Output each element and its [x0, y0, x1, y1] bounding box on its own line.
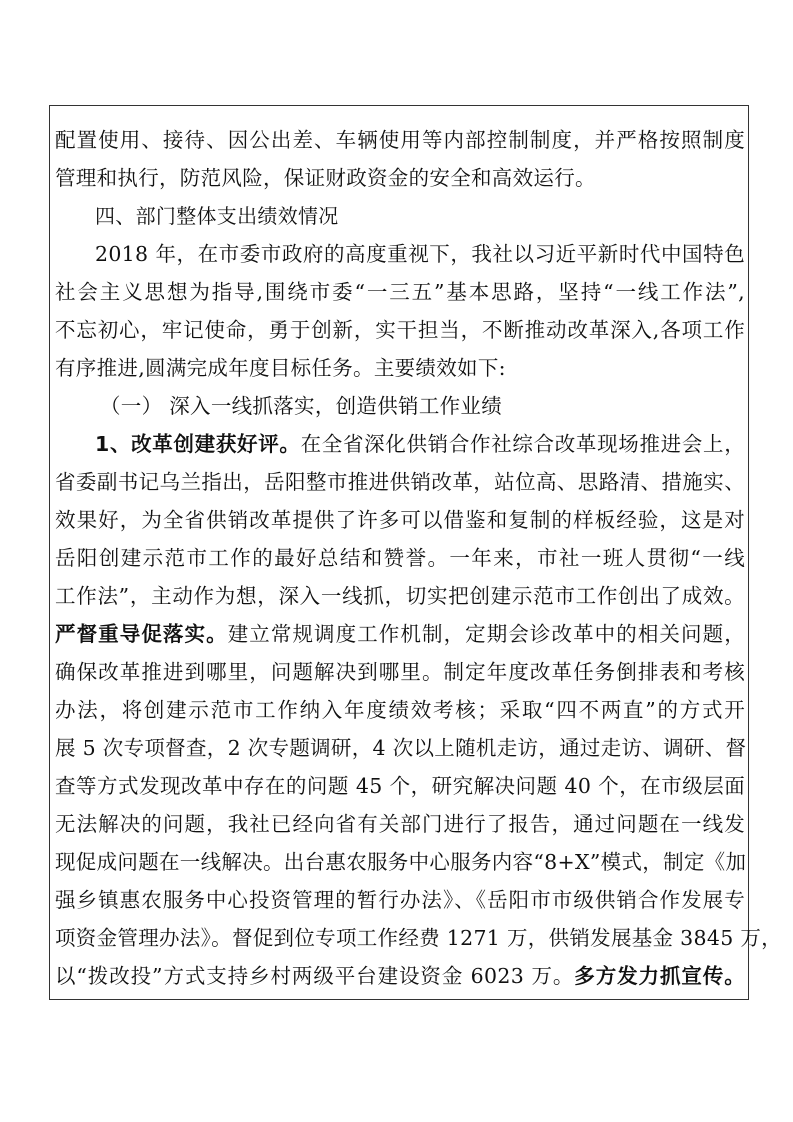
paragraph-line: 以“拨改投”方式支持乡村两级平台建设资金 6023 万。多方发力抓宣传。: [55, 957, 745, 995]
paragraph-line: 展 5 次专项督查，2 次专题调研，4 次以上随机走访，通过走访、调研、督: [55, 729, 745, 767]
paragraph-line: 2018 年，在市委市政府的高度重视下，我社以习近平新时代中国特色: [95, 235, 745, 273]
paragraph-line: 工作法”，主动作为想，深入一线抓，切实把创建示范市工作创出了成效。: [55, 577, 745, 615]
paragraph-line: 配置使用、接待、因公出差、车辆使用等内部控制制度，并严格按照制度: [55, 121, 745, 159]
paragraph-line: 有序推进,圆满完成年度目标任务。主要绩效如下:: [55, 349, 745, 387]
paragraph-line: 岳阳创建示范市工作的最好总结和赞誉。一年来，市社一班人贯彻“一线: [55, 539, 745, 577]
bold-lead: 严督重导促落实。: [55, 622, 228, 646]
paragraph-line: 严督重导促落实。建立常规调度工作机制，定期会诊改革中的相关问题，: [55, 615, 745, 653]
paragraph-line: 1、改革创建获好评。在全省深化供销合作社综合改革现场推进会上，: [95, 425, 745, 463]
paragraph-line: 无法解决的问题，我社已经向省有关部门进行了报告，通过问题在一线发: [55, 805, 745, 843]
section-heading: 四、部门整体支出绩效情况: [95, 197, 745, 235]
paragraph-line: 管理和执行，防范风险，保证财政资金的安全和高效运行。: [55, 159, 745, 197]
line-text: 以“拨改投”方式支持乡村两级平台建设资金 6023 万。: [55, 964, 574, 988]
paragraph-line: 不忘初心，牢记使命，勇于创新，实干担当，不断推动改革深入,各项工作: [55, 311, 745, 349]
paragraph-line: 查等方式发现改革中存在的问题 45 个，研究解决问题 40 个，在市级层面: [55, 767, 745, 805]
paragraph-line: 现促成问题在一线解决。出台惠农服务中心服务内容“8+X”模式，制定《加: [55, 843, 745, 881]
subsection-heading: （一） 深入一线抓落实，创造供销工作业绩: [100, 387, 745, 425]
bold-lead: 多方发力抓宣传。: [574, 964, 745, 988]
paragraph-line: 强乡镇惠农服务中心投资管理的暂行办法》、《岳阳市市级供销合作发展专: [55, 881, 745, 919]
line-text: 在全省深化供销合作社综合改革现场推进会上，: [301, 432, 745, 456]
paragraph-line: 省委副书记乌兰指出，岳阳整市推进供销改革，站位高、思路清、措施实、: [55, 463, 745, 501]
bold-lead: 1、改革创建获好评。: [95, 432, 301, 456]
paragraph-line: 社会主义思想为指导,围绕市委“一三五”基本思路，坚持“一线工作法”,: [55, 273, 745, 311]
paragraph-line: 确保改革推进到哪里，问题解决到哪里。制定年度改革任务倒排表和考核: [55, 653, 745, 691]
paragraph-line: 办法，将创建示范市工作纳入年度绩效考核；采取“四不两直”的方式开: [55, 691, 745, 729]
paragraph-line: 效果好，为全省供销改革提供了许多可以借鉴和复制的样板经验，这是对: [55, 501, 745, 539]
line-text: 建立常规调度工作机制，定期会诊改革中的相关问题，: [228, 622, 745, 646]
paragraph-line: 项资金管理办法》。督促到位专项工作经费 1271 万，供销发展基金 3845 万…: [55, 919, 745, 957]
